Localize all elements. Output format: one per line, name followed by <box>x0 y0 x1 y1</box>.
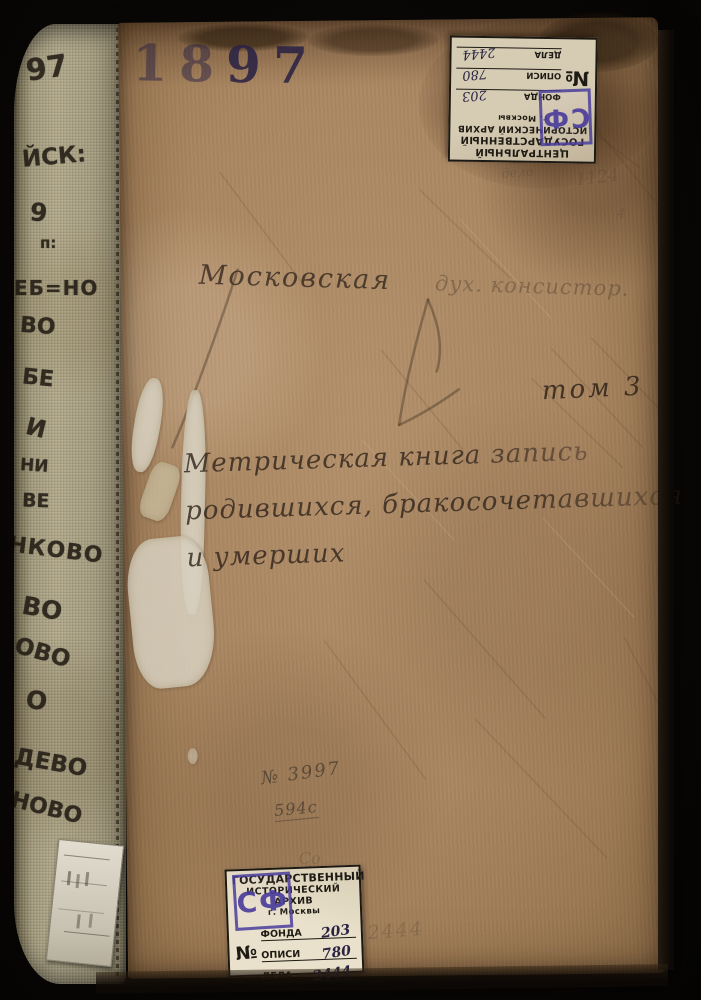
sf-ink-stamp: СФ <box>232 871 293 931</box>
spine-sticker <box>46 839 124 967</box>
spine-text-fragment: ДЕВО <box>14 746 89 781</box>
spine-text-fragment: 97 <box>24 51 70 87</box>
spine-text-fragment: И <box>23 414 48 442</box>
spine-text-fragment: НКОВО <box>14 534 105 567</box>
field-label: ФОНДА <box>260 928 302 941</box>
label-no-symbol: № <box>234 941 263 965</box>
volume-handwriting: том 3 <box>541 374 644 405</box>
year-mark-dark-digits: 97 <box>226 35 321 95</box>
faint-pencil-delo-number: 2444 <box>367 920 425 943</box>
archive-label-bottom: ГОСУДАРСТВЕННЫЙ ИСТОРИЧЕСКИЙ АРХИВ г. Мо… <box>224 865 364 978</box>
label-field-row: ОПИСИ 780 <box>456 68 561 90</box>
field-label: ДЕЛА <box>534 49 561 59</box>
spine-text-fragment: НИ <box>19 457 49 476</box>
field-label: ОПИСИ <box>526 70 561 81</box>
spine-text-fragment: ЕБ=НО <box>14 278 98 298</box>
label-org-line: ЦЕНТРАЛЬНЫЙ <box>455 145 589 159</box>
spine-text-fragment: п: <box>40 236 56 251</box>
book-front-cover: 1897 Московскаядух. консистор. том 3 Мет… <box>118 17 668 979</box>
book-right-page-edge <box>658 30 674 970</box>
faint-pencil-mark: Со <box>299 851 321 867</box>
label-field-row: ДЕЛА 2444 <box>456 47 561 69</box>
spine-text-fragment: О <box>24 687 49 715</box>
spine-text-fragment: ЙСК: <box>21 143 87 172</box>
field-label: ОПИСИ <box>261 949 300 961</box>
spine-text-fragment: ВЕ <box>22 492 50 512</box>
sf-ink-stamp: СФ <box>539 88 593 146</box>
year-mark-faded-digits: 18 <box>132 33 227 93</box>
field-value-handwritten: 2444 <box>456 44 496 62</box>
label-field-row: ОПИСИ 780 <box>261 939 357 962</box>
spine-text-fragment: ВО <box>19 315 56 339</box>
spine-text-fragment: БЕ <box>21 366 55 391</box>
spine-text-fragment: ОВО <box>14 635 73 673</box>
faint-pencil-number: 1124 <box>575 167 620 189</box>
photo-of-archival-book: 97 ЙСК: 9 п: ЕБ=НО ВО БЕ И НИ ВЕ НКОВО В… <box>0 0 701 1000</box>
paint-patch <box>188 748 198 764</box>
faint-pencil-number: 4 <box>617 208 625 221</box>
field-value-handwritten: 203 <box>455 86 487 104</box>
spine-text-fragment: ВО <box>20 593 64 625</box>
faint-pencil-delo: дело <box>501 165 534 181</box>
archive-label-top: ЦЕНТРАЛЬНЫЙ ГОСУДАРСТВЕННЫЙ ИСТОРИЧЕСКИЙ… <box>448 35 598 163</box>
year-mark: 1897 <box>132 38 320 91</box>
region-text: Московская <box>198 260 391 296</box>
spine-text-fragment: 9 <box>29 199 49 226</box>
spine-stitch-line <box>116 28 119 980</box>
title-handwriting: Метрическая книга запись родившихся, бра… <box>183 426 685 583</box>
spine-text-fragment: НОВО <box>14 790 84 829</box>
field-value-handwritten: 780 <box>455 65 487 83</box>
